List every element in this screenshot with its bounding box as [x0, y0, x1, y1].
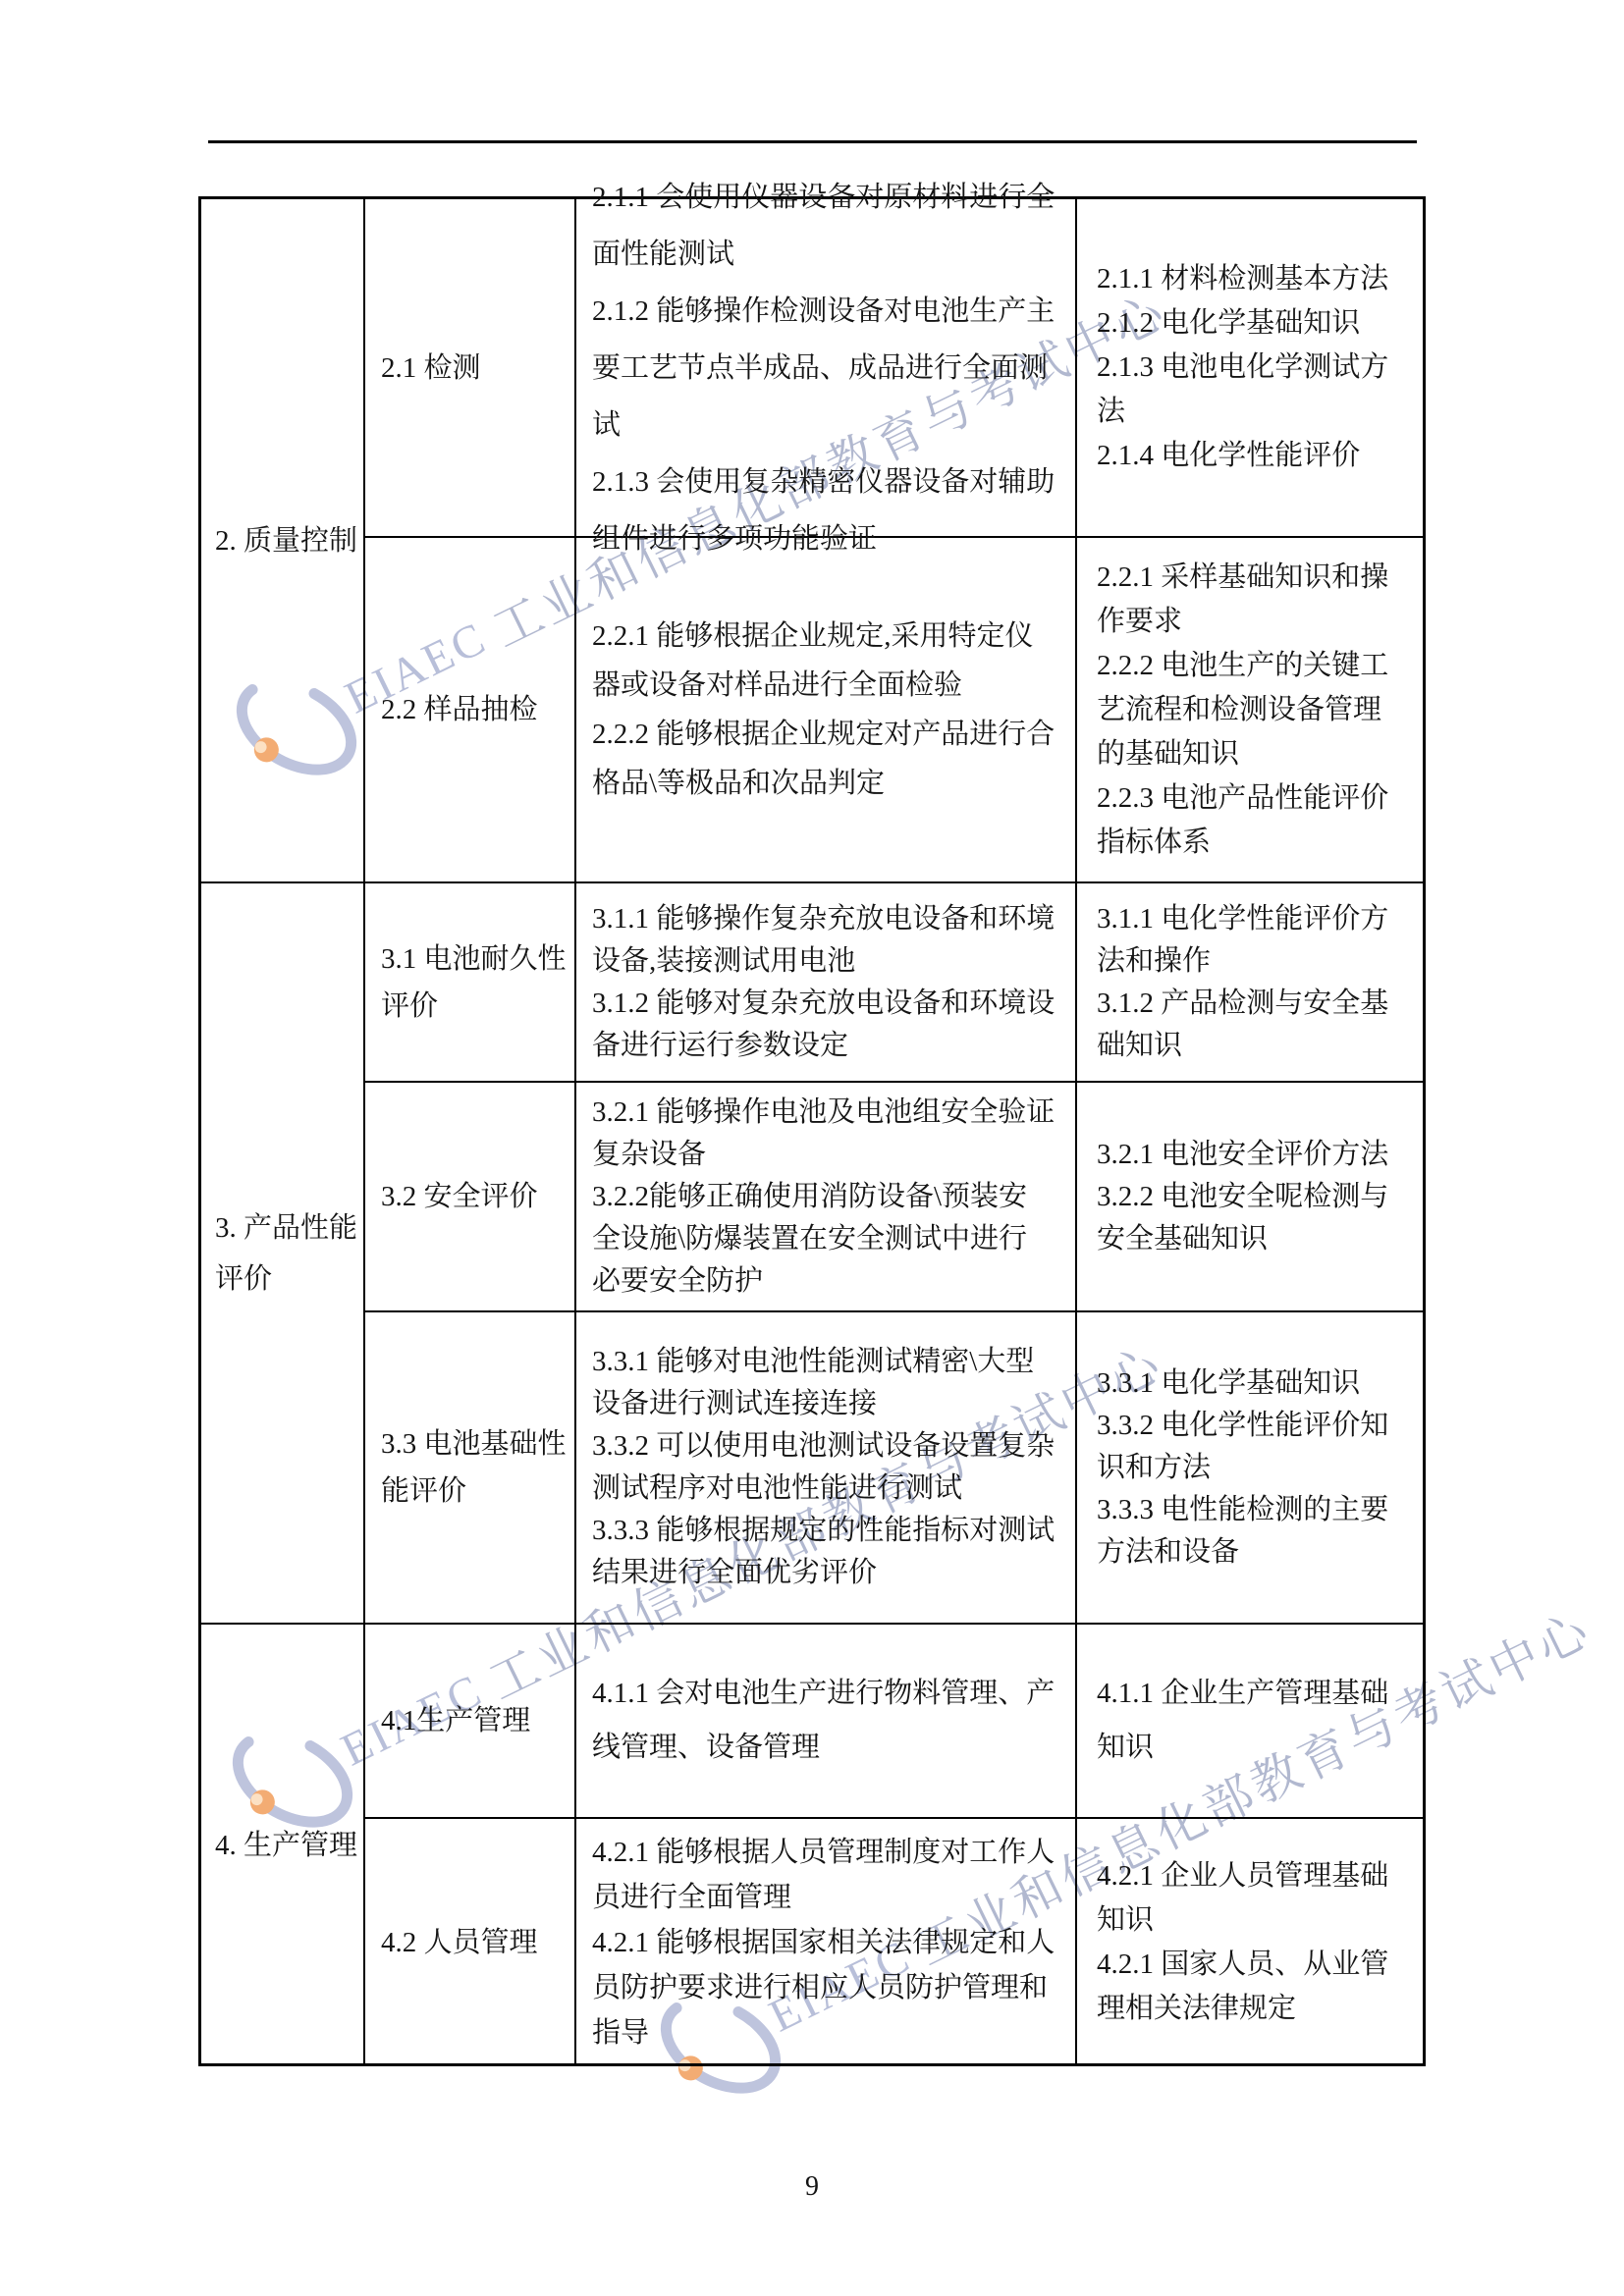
- skill-item: 3.2.2能够正确使用消防设备\预装安全设施\防爆装置在安全测试中进行必要安全防…: [592, 1176, 1056, 1303]
- header-rule: [208, 140, 1417, 143]
- skill-item: 4.2.1 能够根据国家相关法律规定和人员防护要求进行相应人员防护管理和指导: [592, 1920, 1056, 2056]
- subsection-label-3-2: 3.2 安全评价: [365, 1083, 576, 1312]
- knowledge-item: 3.1.1 电化学性能评价方法和操作: [1097, 898, 1409, 983]
- knowledge-item: 3.3.2 电化学性能评价知识和方法: [1097, 1405, 1409, 1489]
- knowledge-item: 2.1.1 材料检测基本方法: [1097, 257, 1409, 301]
- subsection-label-3-1: 3.1 电池耐久性评价: [365, 883, 576, 1083]
- knowledge-cell-3-3: 3.3.1 电化学基础知识 3.3.2 电化学性能评价知识和方法 3.3.3 电…: [1077, 1312, 1423, 1625]
- skills-cell-3-2: 3.2.1 能够操作电池及电池组安全验证复杂设备 3.2.2能够正确使用消防设备…: [576, 1083, 1077, 1312]
- subsection-label: 4.1生产管理: [381, 1697, 567, 1744]
- knowledge-cell-3-2: 3.2.1 电池安全评价方法 3.2.2 电池安全呢检测与安全基础知识: [1077, 1083, 1423, 1312]
- knowledge-item: 4.1.1 企业生产管理基础知识: [1097, 1667, 1409, 1775]
- skill-item: 4.1.1 会对电池生产进行物料管理、产线管理、设备管理: [592, 1667, 1056, 1775]
- section-label-production-management: 4. 生产管理: [201, 1625, 365, 2066]
- knowledge-item: 3.1.2 产品检测与安全基础知识: [1097, 983, 1409, 1067]
- knowledge-item: 2.2.1 采样基础知识和操作要求: [1097, 556, 1409, 644]
- knowledge-item: 3.2.1 电池安全评价方法: [1097, 1134, 1409, 1176]
- skill-item: 2.2.2 能够根据企业规定对产品进行合格品\等极品和次品判定: [592, 710, 1056, 808]
- skills-cell-2-2: 2.2.1 能够根据企业规定,采用特定仪器或设备对样品进行全面检验 2.2.2 …: [576, 538, 1077, 883]
- skill-item: 3.3.2 可以使用电池测试设备设置复杂测试程序对电池性能进行测试: [592, 1425, 1056, 1510]
- knowledge-item: 2.2.3 电池产品性能评价指标体系: [1097, 776, 1409, 865]
- knowledge-item: 2.1.3 电池电化学测试方法: [1097, 346, 1409, 434]
- subsection-label-3-3: 3.3 电池基础性能评价: [365, 1312, 576, 1625]
- page-number: 9: [198, 2171, 1426, 2203]
- skill-item: 3.1.2 能够对复杂充放电设备和环境设备进行运行参数设定: [592, 983, 1056, 1067]
- knowledge-item: 3.3.3 电性能检测的主要方法和设备: [1097, 1489, 1409, 1574]
- section-label: 2. 质量控制: [215, 515, 357, 566]
- skill-item: 3.3.3 能够根据规定的性能指标对测试结果进行全面优劣评价: [592, 1510, 1056, 1594]
- skills-cell-4-2: 4.2.1 能够根据人员管理制度对工作人员进行全面管理 4.2.1 能够根据国家…: [576, 1819, 1077, 2066]
- section-label: 3. 产品性能评价: [215, 1202, 357, 1305]
- subsection-label-2-2: 2.2 样品抽检: [365, 538, 576, 883]
- skills-cell-3-3: 3.3.1 能够对电池性能测试精密\大型设备进行测试连接连接 3.3.2 可以使…: [576, 1312, 1077, 1625]
- subsection-label-4-2: 4.2 人员管理: [365, 1819, 576, 2066]
- knowledge-cell-2-2: 2.2.1 采样基础知识和操作要求 2.2.2 电池生产的关键工艺流程和检测设备…: [1077, 538, 1423, 883]
- knowledge-item: 3.3.1 电化学基础知识: [1097, 1362, 1409, 1405]
- subsection-label: 2.1 检测: [381, 345, 567, 392]
- skills-cell-3-1: 3.1.1 能够操作复杂充放电设备和环境设备,装接测试用电池 3.1.2 能够对…: [576, 883, 1077, 1083]
- skills-cell-2-1: 2.1.1 会使用仪器设备对原材料进行全面性能测试 2.1.2 能够操作检测设备…: [576, 199, 1077, 538]
- section-label-quality-control: 2. 质量控制: [201, 199, 365, 883]
- occupational-standard-table: 2. 质量控制 2.1 检测 2.1.1 会使用仪器设备对原材料进行全面性能测试…: [198, 196, 1426, 2066]
- knowledge-cell-3-1: 3.1.1 电化学性能评价方法和操作 3.1.2 产品检测与安全基础知识: [1077, 883, 1423, 1083]
- knowledge-item: 4.2.1 国家人员、从业管理相关法律规定: [1097, 1943, 1409, 2031]
- knowledge-item: 4.2.1 企业人员管理基础知识: [1097, 1854, 1409, 1943]
- knowledge-item: 2.1.2 电化学基础知识: [1097, 301, 1409, 346]
- knowledge-cell-2-1: 2.1.1 材料检测基本方法 2.1.2 电化学基础知识 2.1.3 电池电化学…: [1077, 199, 1423, 538]
- skill-item: 3.1.1 能够操作复杂充放电设备和环境设备,装接测试用电池: [592, 898, 1056, 983]
- skill-item: 2.1.2 能够操作检测设备对电池生产主要工艺节点半成品、成品进行全面测试: [592, 283, 1056, 454]
- section-label: 4. 生产管理: [215, 1820, 357, 1871]
- subsection-label: 3.1 电池耐久性评价: [381, 935, 567, 1030]
- subsection-label-4-1: 4.1生产管理: [365, 1625, 576, 1819]
- skills-cell-4-1: 4.1.1 会对电池生产进行物料管理、产线管理、设备管理: [576, 1625, 1077, 1819]
- subsection-label: 3.3 电池基础性能评价: [381, 1420, 567, 1515]
- subsection-label-2-1: 2.1 检测: [365, 199, 576, 538]
- skill-item: 4.2.1 能够根据人员管理制度对工作人员进行全面管理: [592, 1830, 1056, 1920]
- skill-item: 3.3.1 能够对电池性能测试精密\大型设备进行测试连接连接: [592, 1341, 1056, 1425]
- skill-item: 2.2.1 能够根据企业规定,采用特定仪器或设备对样品进行全面检验: [592, 612, 1056, 710]
- section-label-product-performance: 3. 产品性能评价: [201, 883, 365, 1625]
- knowledge-cell-4-1: 4.1.1 企业生产管理基础知识: [1077, 1625, 1423, 1819]
- subsection-label: 4.2 人员管理: [381, 1919, 567, 1966]
- skill-item: 2.1.1 会使用仪器设备对原材料进行全面性能测试: [592, 169, 1056, 283]
- knowledge-item: 2.1.4 电化学性能评价: [1097, 434, 1409, 478]
- knowledge-item: 3.2.2 电池安全呢检测与安全基础知识: [1097, 1176, 1409, 1260]
- subsection-label: 3.2 安全评价: [381, 1173, 567, 1220]
- knowledge-item: 2.2.2 电池生产的关键工艺流程和检测设备管理的基础知识: [1097, 644, 1409, 776]
- subsection-label: 2.2 样品抽检: [381, 686, 567, 733]
- knowledge-cell-4-2: 4.2.1 企业人员管理基础知识 4.2.1 国家人员、从业管理相关法律规定: [1077, 1819, 1423, 2066]
- skill-item: 3.2.1 能够操作电池及电池组安全验证复杂设备: [592, 1092, 1056, 1176]
